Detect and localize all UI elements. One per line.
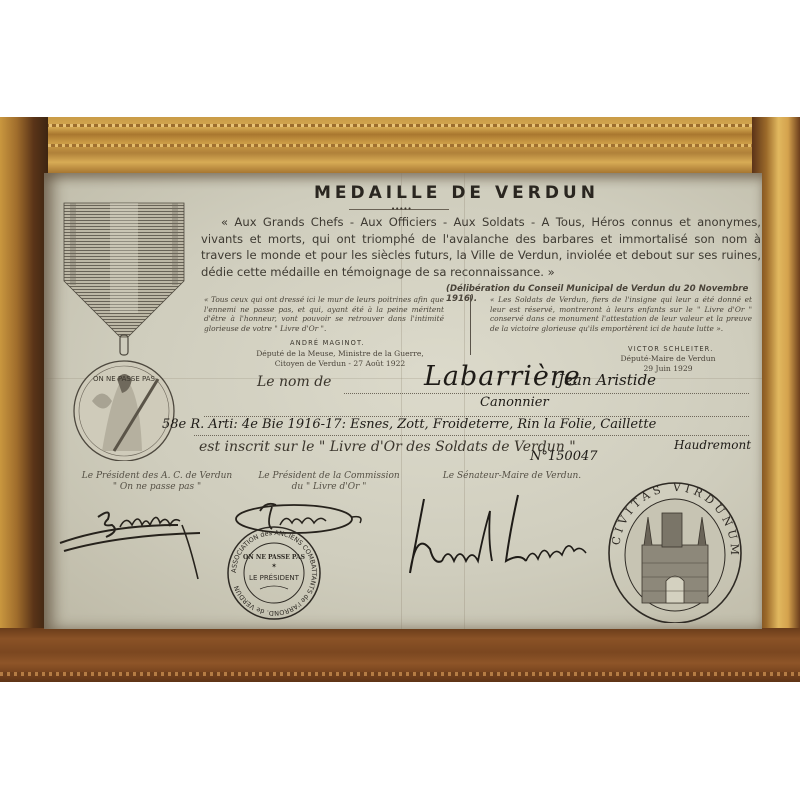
maginot-quote: « Tous ceux qui ont dressé ici le mur de… [204,295,444,333]
signatory-senator-mayor: Le Sénateur-Maire de Verdun. [422,471,602,482]
service-dotted-line [194,435,749,436]
signature-schleiter [402,491,592,581]
svg-text:✶: ✶ [271,562,277,570]
quote-divider [470,295,471,355]
signatory-commission-president: Le Président de la Commission du " Livre… [244,471,414,493]
stamp-ring-text: ASSOCIATION des ANCIENS COMBATTANTS de l… [230,529,318,617]
frame-bead [0,672,800,676]
maginot-role: Député de la Meuse, Ministre de la Guerr… [250,349,430,368]
name-dotted-line [344,393,749,394]
signatory-title-line1: Le Président de la Commission [244,471,414,482]
handwritten-rank: Canonnier [480,395,549,410]
verdun-city-seal: CIVITAS VIRDUNUM [600,473,750,623]
signatory-title-line1: Le Président des A. C. de Verdun [62,471,252,482]
signatory-title-line2: " On ne passe pas " [62,482,252,493]
maginot-name: ANDRÉ MAGINOT. [290,339,365,347]
name-label: Le nom de [257,374,331,390]
schleiter-name: VICTOR SCHLEITER. [628,345,714,353]
frame-bead [0,124,800,127]
schleiter-role-line1: Député-Maire de Verdun [618,354,718,364]
signature-berthier [50,495,230,585]
handwritten-first-names: Jean Aristide [558,371,656,389]
signatory-title-line2: du " Livre d'Or " [244,482,414,493]
maginot-role-line2: Citoyen de Verdun - 27 Août 1922 [250,359,430,369]
signatory-title-line1: Le Sénateur-Maire de Verdun. [422,471,602,482]
stamp-motto: ON NE PASSE PAS [243,554,305,561]
certificate: ON NE PASSE PAS MEDAILLE DE VERDUN •••••… [44,173,762,629]
stamp-center-text: LE PRÉSIDENT [249,573,300,582]
handwritten-unit-service: 58e R. Arti: 4e Bie 1916-17: Esnes, Zott… [162,417,656,432]
schleiter-quote: « Les Soldats de Verdun, fiers de l'insi… [490,295,752,333]
frame-left-molding [0,117,48,682]
association-stamp: ASSOCIATION des ANCIENS COMBATTANTS de l… [224,523,324,623]
signatory-ac-president: Le Président des A. C. de Verdun " On ne… [62,471,252,493]
dedication-text: « Aux Grands Chefs - Aux Officiers - Aux… [201,214,761,280]
title-ornament: ••••• [391,205,412,213]
dedication-body: « Aux Grands Chefs - Aux Officiers - Aux… [201,215,761,279]
maginot-role-line1: Député de la Meuse, Ministre de la Guerr… [250,349,430,359]
frame-bead [20,144,790,147]
handwritten-number: N°150047 [530,449,598,464]
document-title: MEDAILLE DE VERDUN [314,183,599,203]
medal-inscription: ON NE PASSE PAS [93,375,156,383]
handwritten-place: Haudremont [674,438,751,452]
svg-text:ASSOCIATION des ANCIENS COMBAT: ASSOCIATION des ANCIENS COMBATTANTS de l… [230,529,318,617]
inscribed-text: est inscrit sur le " Livre d'Or des Sold… [199,439,576,455]
